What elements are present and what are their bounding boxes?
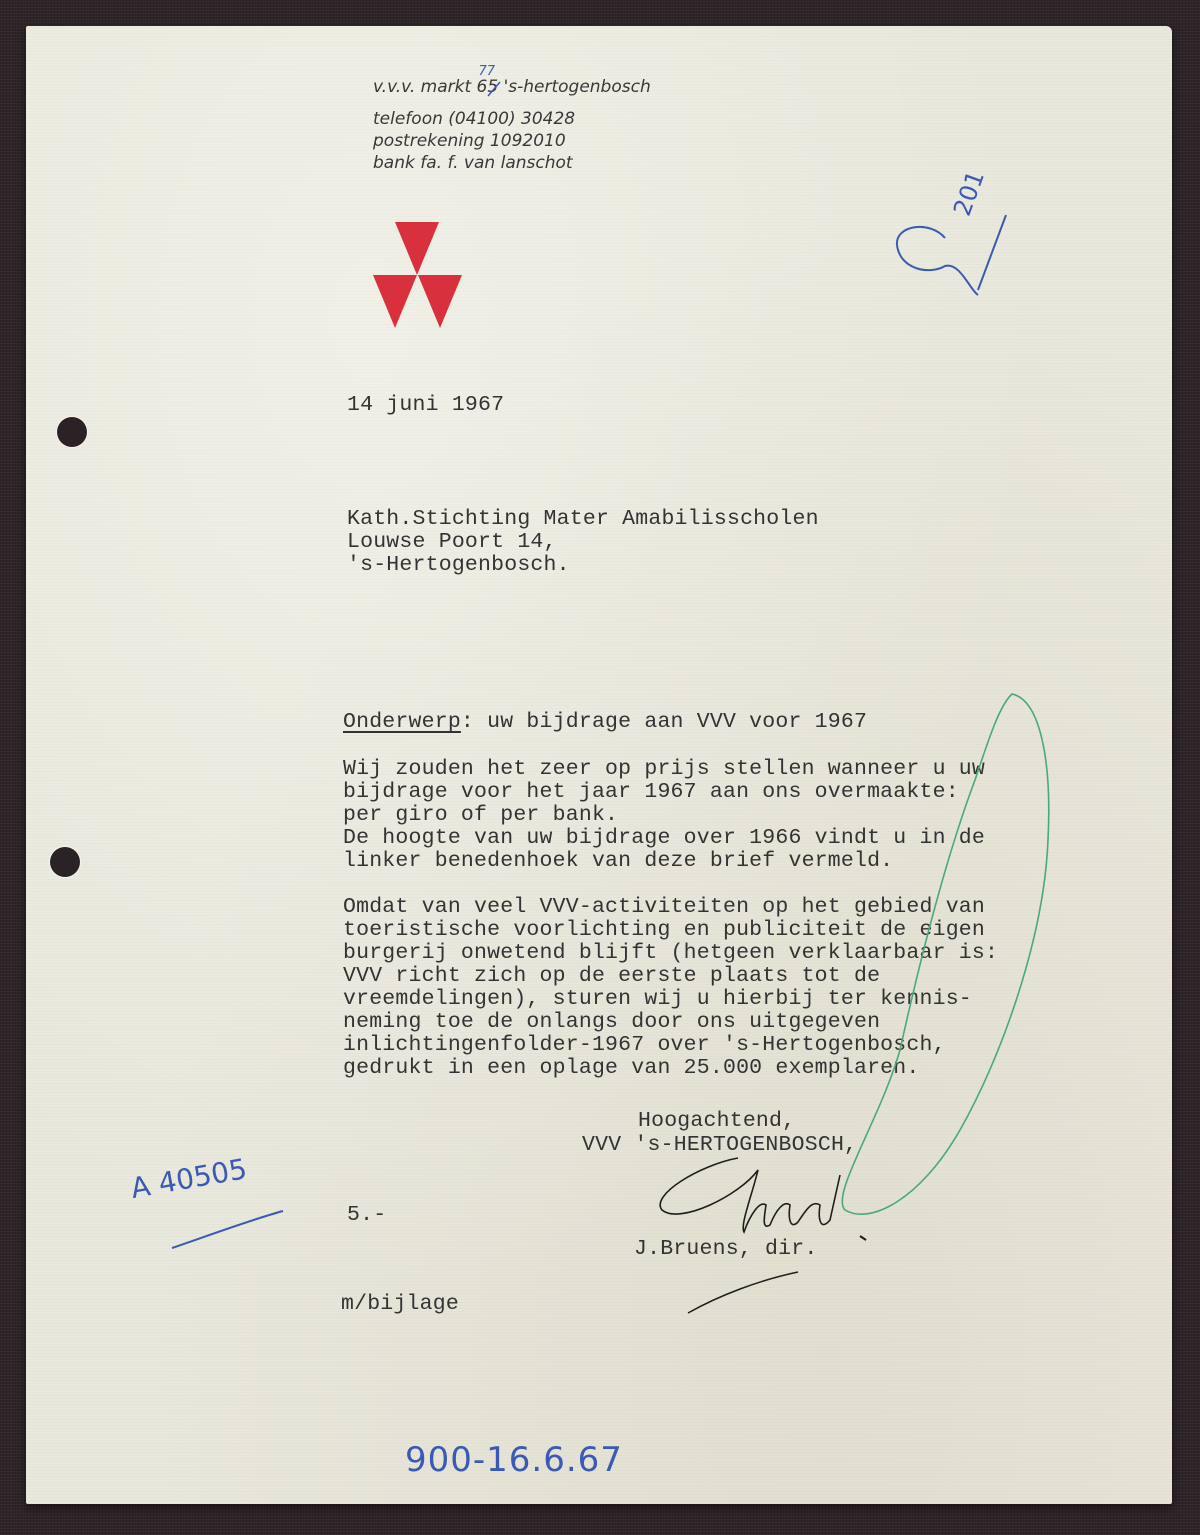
closing: Hoogachtend, xyxy=(638,1110,795,1133)
handwritten-date-note: 900-16.6.67 xyxy=(405,1440,623,1480)
paragraph-1-line: De hoogte van uw bijdrage over 1966 vind… xyxy=(343,827,985,850)
recipient-line-2: Louwse Poort 14, xyxy=(347,531,557,554)
paragraph-2-line: gedrukt in een oplage van 25.000 exempla… xyxy=(343,1057,920,1080)
enclosure-note: m/bijlage xyxy=(341,1293,459,1316)
amount-1966: 5.- xyxy=(347,1204,386,1227)
organization: VVV 's-HERTOGENBOSCH, xyxy=(582,1134,857,1157)
letterhead-phone: telefoon (04100) 30428 xyxy=(373,108,651,130)
punch-hole-bottom xyxy=(50,847,80,877)
letterhead: v.v.v. markt 6577 's-hertogenbosch telef… xyxy=(373,76,651,174)
vvv-logo-icon xyxy=(372,220,462,330)
signatory: J.Bruens, dir. xyxy=(634,1238,817,1261)
letterhead-giro: postrekening 1092010 xyxy=(373,130,651,152)
letterhead-address: v.v.v. markt 6577 's-hertogenbosch xyxy=(373,76,651,98)
recipient-line-3: 's-Hertogenbosch. xyxy=(347,554,570,577)
paragraph-2-line: burgerij onwetend blijft (hetgeen verkla… xyxy=(343,942,998,965)
paragraph-2-line: vreemdelingen), sturen wij u hierbij ter… xyxy=(343,988,972,1011)
subject-text: : uw bijdrage aan VVV voor 1967 xyxy=(461,710,867,734)
recipient-line-1: Kath.Stichting Mater Amabilisscholen xyxy=(347,508,819,531)
subject-line: Onderwerp: uw bijdrage aan VVV voor 1967 xyxy=(343,711,867,734)
paragraph-2-line: VVV richt zich op de eerste plaats tot d… xyxy=(343,965,880,988)
paragraph-2-line: toeristische voorlichting en publiciteit… xyxy=(343,919,985,942)
letter-date: 14 juni 1967 xyxy=(347,394,504,417)
handwritten-house-number: 77 xyxy=(479,61,496,83)
house-number: 6577 xyxy=(477,77,499,97)
subject-label: Onderwerp xyxy=(343,710,461,734)
paragraph-1-line: Wij zouden het zeer op prijs stellen wan… xyxy=(343,758,985,781)
paragraph-1-line: bijdrage voor het jaar 1967 aan ons over… xyxy=(343,781,959,804)
paragraph-2-line: inlichtingenfolder-1967 over 's-Hertogen… xyxy=(343,1034,946,1057)
punch-hole-top xyxy=(57,417,87,447)
paragraph-2-line: neming toe de onlangs door ons uitgegeve… xyxy=(343,1011,880,1034)
paragraph-1-line: per giro of per bank. xyxy=(343,804,618,827)
letterhead-bank: bank fa. f. van lanschot xyxy=(373,152,651,174)
paragraph-2-line: Omdat van veel VVV-activiteiten op het g… xyxy=(343,896,985,919)
paragraph-1-line: linker benedenhoek van deze brief vermel… xyxy=(343,850,893,873)
